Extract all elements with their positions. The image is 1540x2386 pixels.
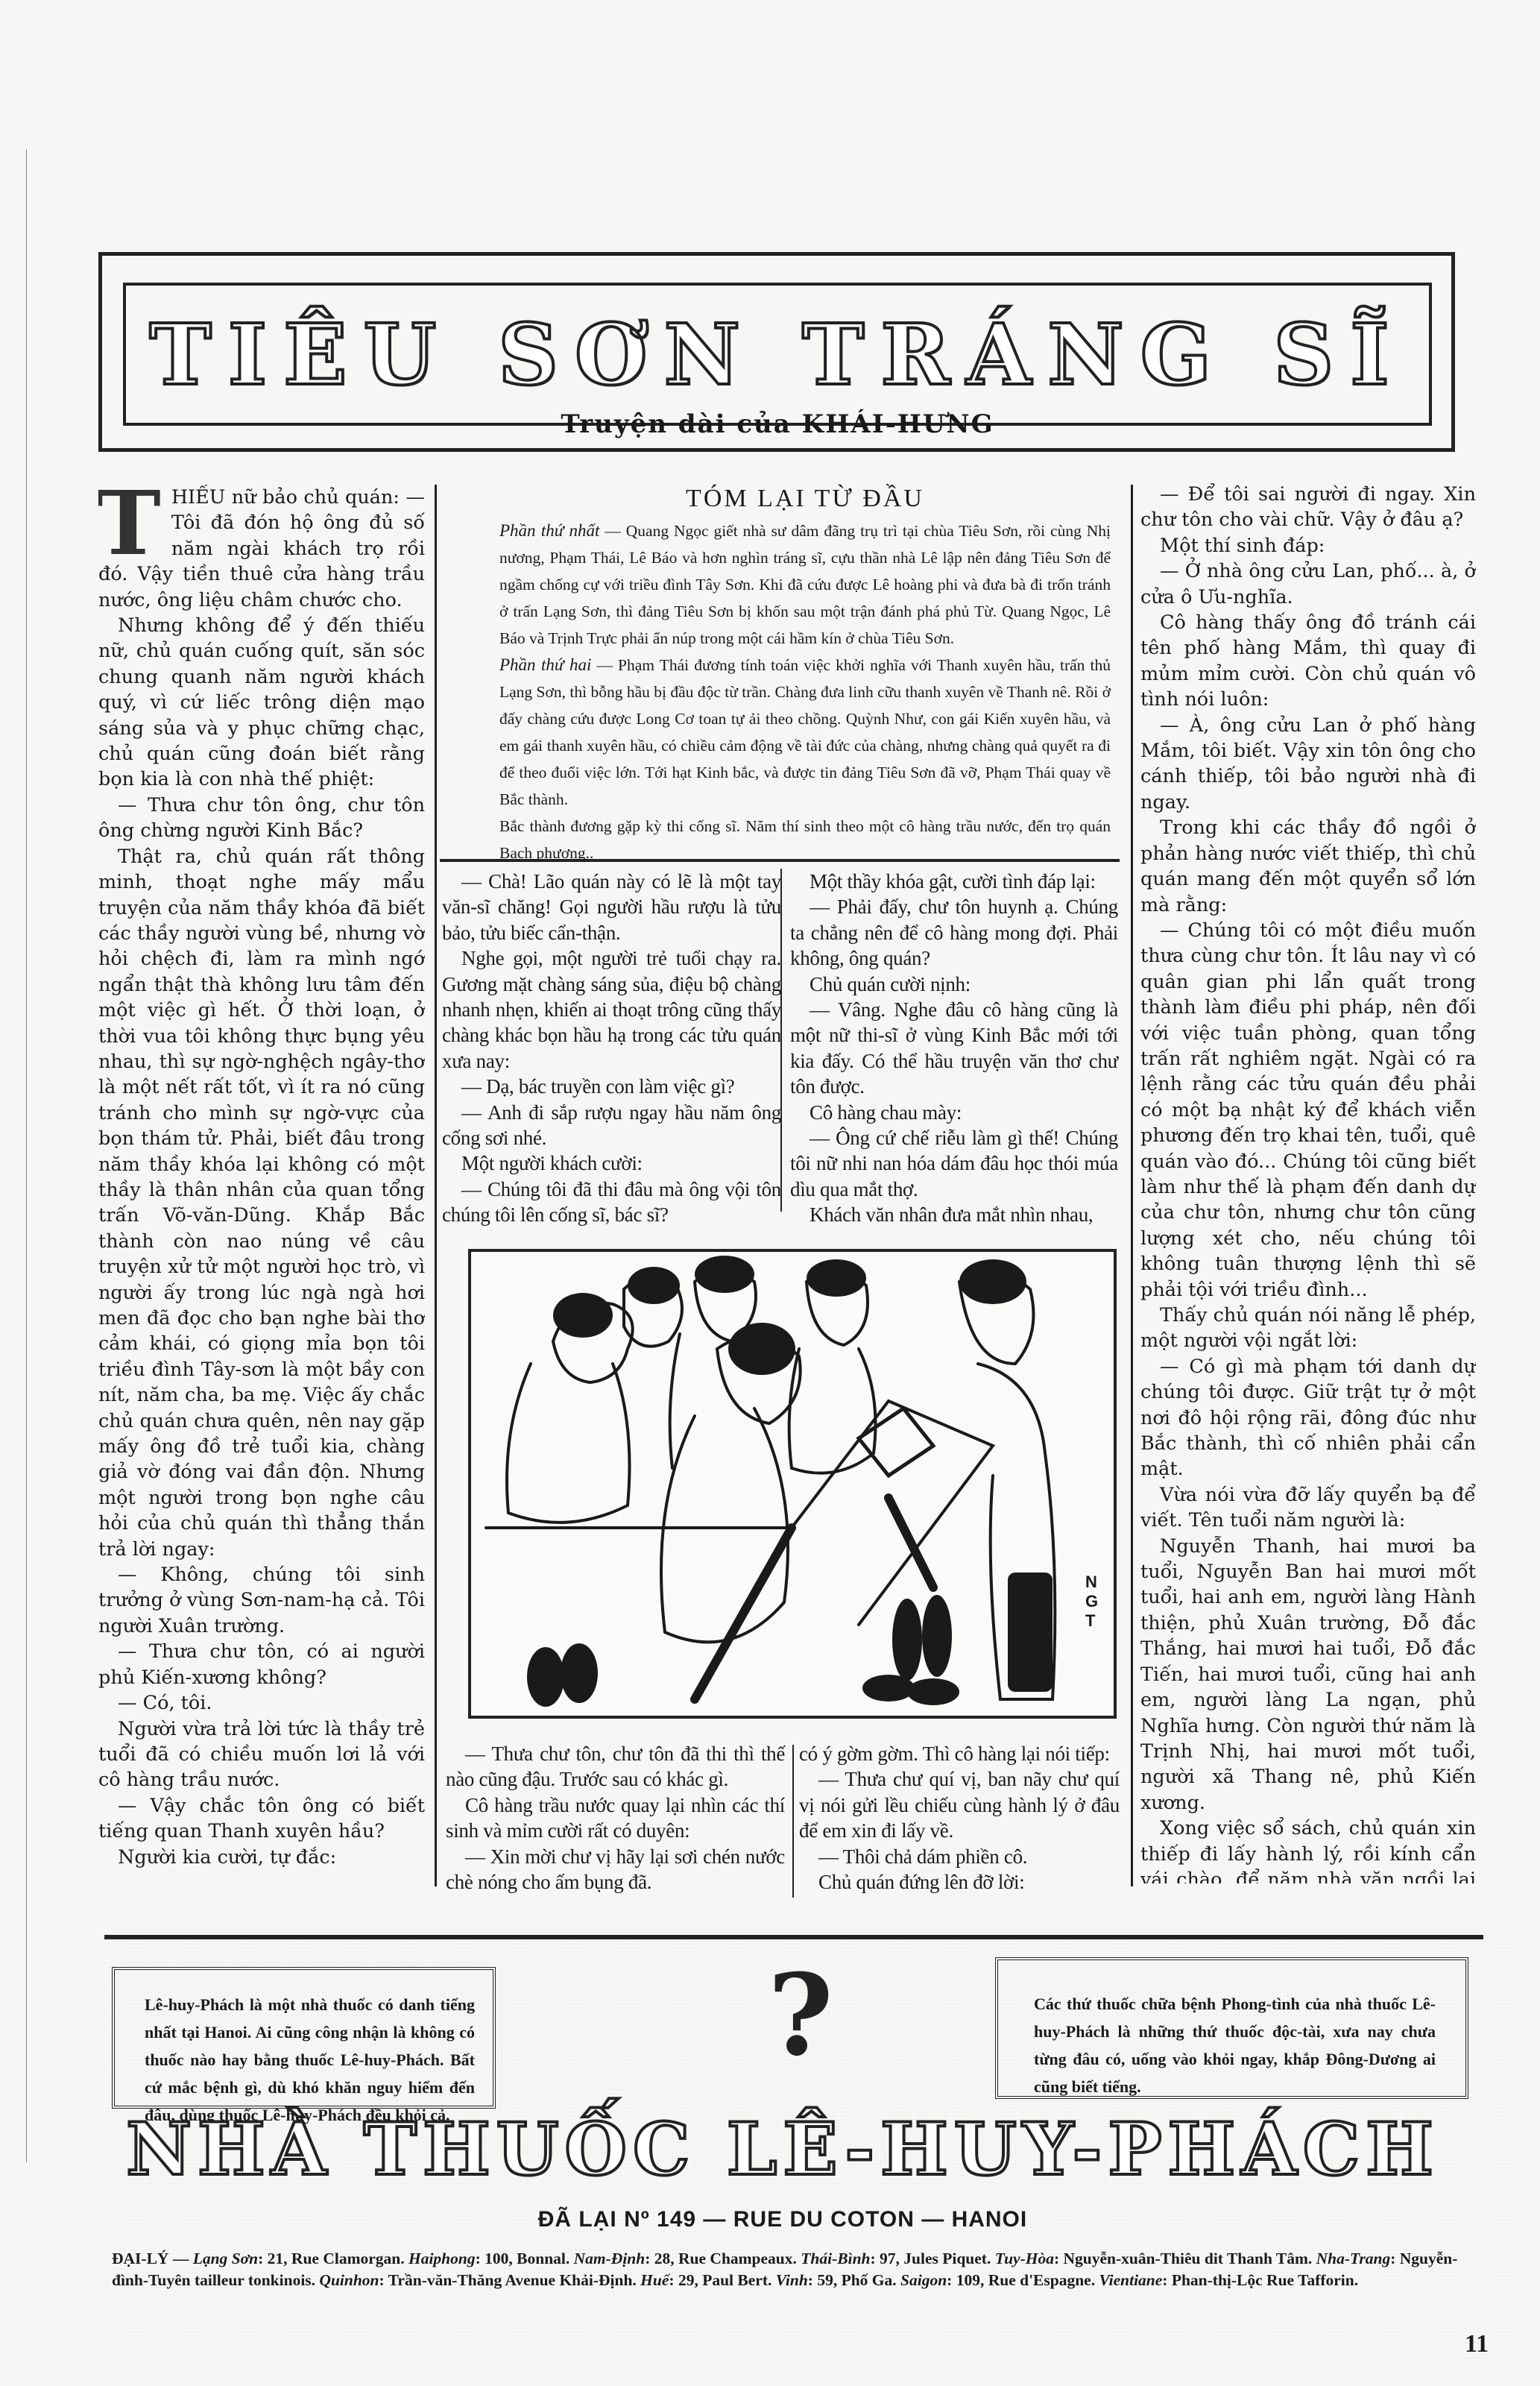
agent-city: Quinhon	[319, 2271, 379, 2289]
column-2d: có ý gờm gờm. Thì cô hàng lại nói tiếp: …	[799, 1741, 1120, 1895]
paragraph: Người vừa trả lời tức là thầy trẻ tuổi đ…	[98, 1716, 425, 1793]
paragraph: Nhưng không để ý đến thiếu nữ, chủ quán …	[98, 613, 425, 793]
part1-text: — Quang Ngọc giết nhà sư dâm đãng trụ tr…	[499, 522, 1111, 647]
paragraph: Thấy chủ quán nói năng lễ phép, một ngườ…	[1140, 1303, 1476, 1354]
paragraph: — Vâng. Nghe đâu cô hàng cũng là một nữ …	[790, 997, 1118, 1100]
agent-city: Nha-Trang	[1316, 2250, 1391, 2267]
column-divider	[1131, 485, 1133, 1886]
part2-text: — Phạm Thái đương tính toán việc khởi ng…	[499, 656, 1111, 808]
paragraph: — Thưa chư tôn, chư tôn đã thi thì thế n…	[446, 1741, 785, 1792]
column-2b: Một thầy khóa gật, cười tình đáp lại: — …	[790, 869, 1118, 1228]
paragraph: Một thí sinh đáp:	[1140, 533, 1476, 558]
paragraph: — Chà! Lão quán này có lẽ là một tay văn…	[442, 869, 781, 945]
paragraph: Người kia cười, tự đắc:	[98, 1845, 425, 1870]
title-banner: TIÊU SƠN TRÁNG SĨ Truyện dài của KHÁI-HƯ…	[98, 252, 1455, 452]
paragraph: — Thưa chư tôn ông, chư tôn ông chừng ng…	[98, 793, 425, 844]
part1-label: Phần thứ nhất	[499, 521, 599, 540]
agent-address: 21, Rue Clamorgan.	[268, 2250, 405, 2267]
part2-label: Phần thứ hai	[499, 655, 591, 674]
ad-left-box: Lê-huy-Phách là một nhà thuốc có danh ti…	[112, 1967, 496, 2109]
illustration-drawing	[471, 1252, 1114, 1716]
paragraph: Thật ra, chủ quán rất thông minh, thoạt …	[98, 844, 425, 1562]
agent-address: 28, Rue Champeaux.	[654, 2250, 797, 2267]
drop-cap: T	[98, 489, 161, 558]
paragraph: Khách văn nhân đưa mắt nhìn nhau,	[790, 1202, 1118, 1227]
summary-title: TÓM LẠI TỪ ĐẦU	[499, 485, 1111, 513]
paragraph: — Thôi chả dám phiền cô.	[799, 1844, 1120, 1869]
margin-line	[26, 149, 27, 2162]
paragraph: — Thưa chư tôn, có ai người phủ Kiến-xươ…	[98, 1639, 425, 1690]
page-number: 11	[1465, 2330, 1489, 2358]
agent-city: Vinh	[776, 2271, 808, 2289]
story-title: TIÊU SƠN TRÁNG SĨ	[126, 314, 1429, 397]
paragraph: Chủ quán cười nịnh:	[790, 972, 1118, 997]
paragraph: — Ông cứ chế riễu làm gì thế! Chúng tôi …	[790, 1125, 1118, 1202]
column-divider	[435, 485, 437, 1886]
paragraph: Cô hàng trầu nước quay lại nhìn các thí …	[446, 1792, 785, 1844]
paragraph: — Chúng tôi đã thi đâu mà ông vội tôn ch…	[442, 1177, 781, 1228]
paragraph: Chủ quán đứng lên đỡ lời:	[799, 1869, 1120, 1895]
summary-text: Phần thứ nhất — Quang Ngọc giết nhà sư d…	[499, 517, 1111, 866]
agents-label: ĐẠI-LÝ —	[112, 2250, 189, 2267]
column-divider	[792, 1745, 794, 1898]
paragraph: Vừa nói vừa đỡ lấy quyển bạ để viết. Tên…	[1140, 1482, 1476, 1534]
paragraph: Cô hàng chau mày:	[790, 1100, 1118, 1125]
pharmacy-address: ĐÃ LẠI Nº 149 — RUE DU COTON — HANOI	[112, 2207, 1454, 2232]
illustration: NGT	[468, 1249, 1117, 1719]
agent-city: Nam-Định	[574, 2250, 646, 2267]
agent-address: Nguyễn-xuân-Thiêu dit Thanh Tâm.	[1064, 2250, 1313, 2267]
paragraph: — Ở nhà ông cửu Lan, phố... à, ở cửa ô Ư…	[1140, 558, 1476, 610]
paragraph: Nguyễn Thanh, hai mươi ba tuổi, Nguyễn B…	[1140, 1534, 1476, 1816]
agent-address: Trần-văn-Thăng Avenue Khải-Định.	[388, 2271, 637, 2289]
paragraph: — Phải đấy, chư tôn huynh ạ. Chúng ta ch…	[790, 894, 1118, 971]
paragraph: — Biết tiếng! Biết thân ấy chứ lại! Tôi …	[98, 1870, 425, 1872]
agent-address: 100, Bonnal.	[485, 2250, 569, 2267]
paragraph: — Để tôi sai người đi ngay. Xin chư tôn …	[1140, 482, 1476, 533]
paragraph: — Có, tôi.	[98, 1690, 425, 1716]
paragraph: Trong khi các thầy đồ ngồi ở phản hàng n…	[1140, 815, 1476, 918]
agent-address: Phan-thị-Lộc Rue Tafforin.	[1172, 2271, 1358, 2289]
agent-city: Lạng Sơn	[193, 2250, 258, 2267]
paragraph: Một thầy khóa gật, cười tình đáp lại:	[790, 869, 1118, 894]
paragraph: — Không, chúng tôi sinh trưởng ở vùng Sơ…	[98, 1562, 425, 1639]
agent-address: 59, Phố Ga.	[817, 2271, 896, 2289]
title-banner-inner-frame: TIÊU SƠN TRÁNG SĨ Truyện dài của KHÁI-HƯ…	[123, 283, 1432, 426]
ad-right-box: Các thứ thuốc chữa bệnh Phong-tình của n…	[995, 1957, 1468, 2099]
column-divider	[780, 869, 782, 1212]
paragraph: — Anh đi sắp rượu ngay hầu năm ông cống …	[442, 1100, 781, 1151]
column-3: — Để tôi sai người đi ngay. Xin chư tôn …	[1140, 482, 1476, 1883]
summary-section: TÓM LẠI TỪ ĐẦU Phần thứ nhất — Quang Ngọ…	[499, 485, 1111, 866]
agent-city: Tuy-Hòa	[995, 2250, 1054, 2267]
agent-city: Vientiane	[1099, 2271, 1162, 2289]
column-1: T HIẾU nữ bảo chủ quán: — Tôi đã đón hộ …	[98, 485, 425, 1872]
agent-address: 29, Paul Bert.	[678, 2271, 771, 2289]
agent-city: Thái-Bình	[801, 2250, 870, 2267]
paragraph: — Dạ, bác truyền con làm việc gì?	[442, 1074, 781, 1099]
paragraph: — Vậy chắc tôn ông có biết tiếng quan Th…	[98, 1793, 425, 1845]
paragraph: Cô hàng thấy ông đồ tránh cái tên phố hà…	[1140, 610, 1476, 713]
column-2c: — Thưa chư tôn, chư tôn đã thi thì thế n…	[446, 1741, 785, 1895]
paragraph: Xong việc sổ sách, chủ quán xin thiếp đi…	[1140, 1816, 1476, 1883]
agent-city: Saigon	[900, 2271, 947, 2289]
column-2a: — Chà! Lão quán này có lẽ là một tay văn…	[442, 869, 781, 1228]
paragraph: — Thưa chư quí vị, ban nãy chư quí vị nó…	[799, 1766, 1120, 1843]
paragraph: — Có gì mà phạm tới danh dự chúng tôi đư…	[1140, 1354, 1476, 1482]
paragraph: — À, ông cửu Lan ở phố hàng Mắm, tôi biế…	[1140, 713, 1476, 816]
story-subtitle: Truyện dài của KHÁI-HƯNG	[126, 409, 1429, 439]
paragraph: Nghe gọi, một người trẻ tuổi chạy ra. Gư…	[442, 945, 781, 1074]
paragraph: — Chúng tôi có một điều muốn thưa cùng c…	[1140, 918, 1476, 1303]
ad-right-text: Các thứ thuốc chữa bệnh Phong-tình của n…	[1034, 1990, 1436, 2100]
question-mark-icon: ?	[768, 1950, 833, 2081]
agent-city: Huế	[640, 2271, 669, 2289]
pharmacy-headline: NHÀ THUỐC LÊ-HUY-PHÁCH	[112, 2114, 1454, 2185]
agents-list: ĐẠI-LÝ — Lạng Sơn: 21, Rue Clamorgan. Ha…	[112, 2248, 1476, 2291]
paragraph: Một người khách cười:	[442, 1150, 781, 1176]
agent-address: 109, Rue d'Espagne.	[956, 2271, 1095, 2289]
agent-address: 97, Jules Piquet.	[880, 2250, 991, 2267]
illustration-signature: NGT	[1085, 1573, 1100, 1631]
paragraph: — Xin mời chư vị hãy lại sơi chén nước c…	[446, 1844, 785, 1895]
summary-bottom-rule	[440, 859, 1120, 862]
agent-city: Haiphong	[408, 2250, 476, 2267]
paragraph: có ý gờm gờm. Thì cô hàng lại nói tiếp:	[799, 1741, 1120, 1766]
